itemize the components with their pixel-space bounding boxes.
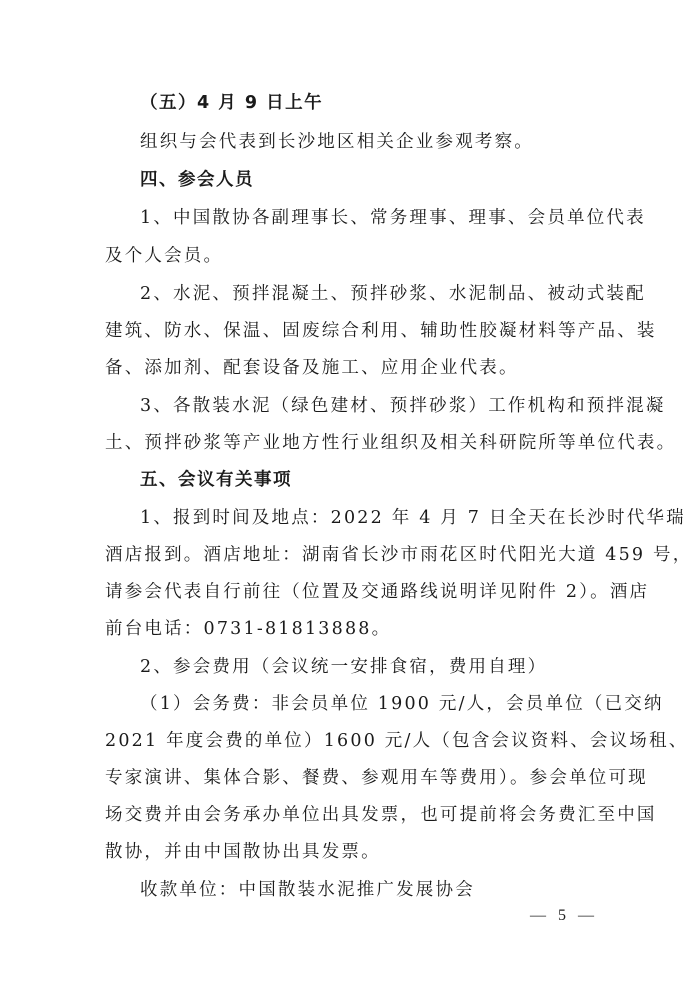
paragraph: 1、中国散协各副理事长、常务理事、理事、会员单位代表	[140, 208, 595, 228]
paragraph: 备、添加剂、配套设备及施工、应用企业代表。	[105, 358, 595, 378]
paragraph: 请参会代表自行前往（位置及交通路线说明详见附件 2）。酒店	[105, 582, 595, 602]
paragraph: 2、参会费用（会议统一安排食宿，费用自理）	[140, 657, 595, 677]
paragraph: 2、水泥、预拌混凝土、预拌砂浆、水泥制品、被动式装配	[140, 284, 595, 304]
paragraph: 1、报到时间及地点：2022 年 4 月 7 日全天在长沙时代华瑞	[140, 508, 595, 528]
paragraph: 及个人会员。	[105, 246, 595, 266]
paragraph: 酒店报到。酒店地址：湖南省长沙市雨花区时代阳光大道 459 号，	[105, 545, 595, 565]
paragraph: 组织与会代表到长沙地区相关企业参观考察。	[140, 132, 595, 152]
paragraph: 场交费并由会务承办单位出具发票，也可提前将会务费汇至中国	[105, 805, 595, 825]
section-heading-day5: （五）4 月 9 日上午	[140, 93, 595, 113]
paragraph: 土、预拌砂浆等产业地方性行业组织及相关科研院所等单位代表。	[105, 433, 595, 453]
section-heading-meeting-matters: 五、会议有关事项	[140, 470, 595, 490]
paragraph: 收款单位：中国散装水泥推广发展协会	[140, 880, 595, 900]
section-heading-attendees: 四、参会人员	[140, 170, 595, 190]
paragraph: 3、各散装水泥（绿色建材、预拌砂浆）工作机构和预拌混凝	[140, 396, 595, 416]
paragraph: 建筑、防水、保温、固废综合利用、辅助性胶凝材料等产品、装	[105, 321, 595, 341]
paragraph: 前台电话：0731-81813888。	[105, 619, 595, 639]
paragraph: 专家演讲、集体合影、餐费、参观用车等费用）。参会单位可现	[105, 768, 595, 788]
page-number: — 5 —	[530, 907, 598, 925]
document-page: （五）4 月 9 日上午 组织与会代表到长沙地区相关企业参观考察。 四、参会人员…	[0, 0, 700, 990]
paragraph: 2021 年度会费的单位）1600 元/人（包含会议资料、会议场租、	[105, 731, 595, 751]
paragraph: 散协，并由中国散协出具发票。	[105, 842, 595, 862]
paragraph: （1）会务费：非会员单位 1900 元/人，会员单位（已交纳	[140, 694, 595, 714]
